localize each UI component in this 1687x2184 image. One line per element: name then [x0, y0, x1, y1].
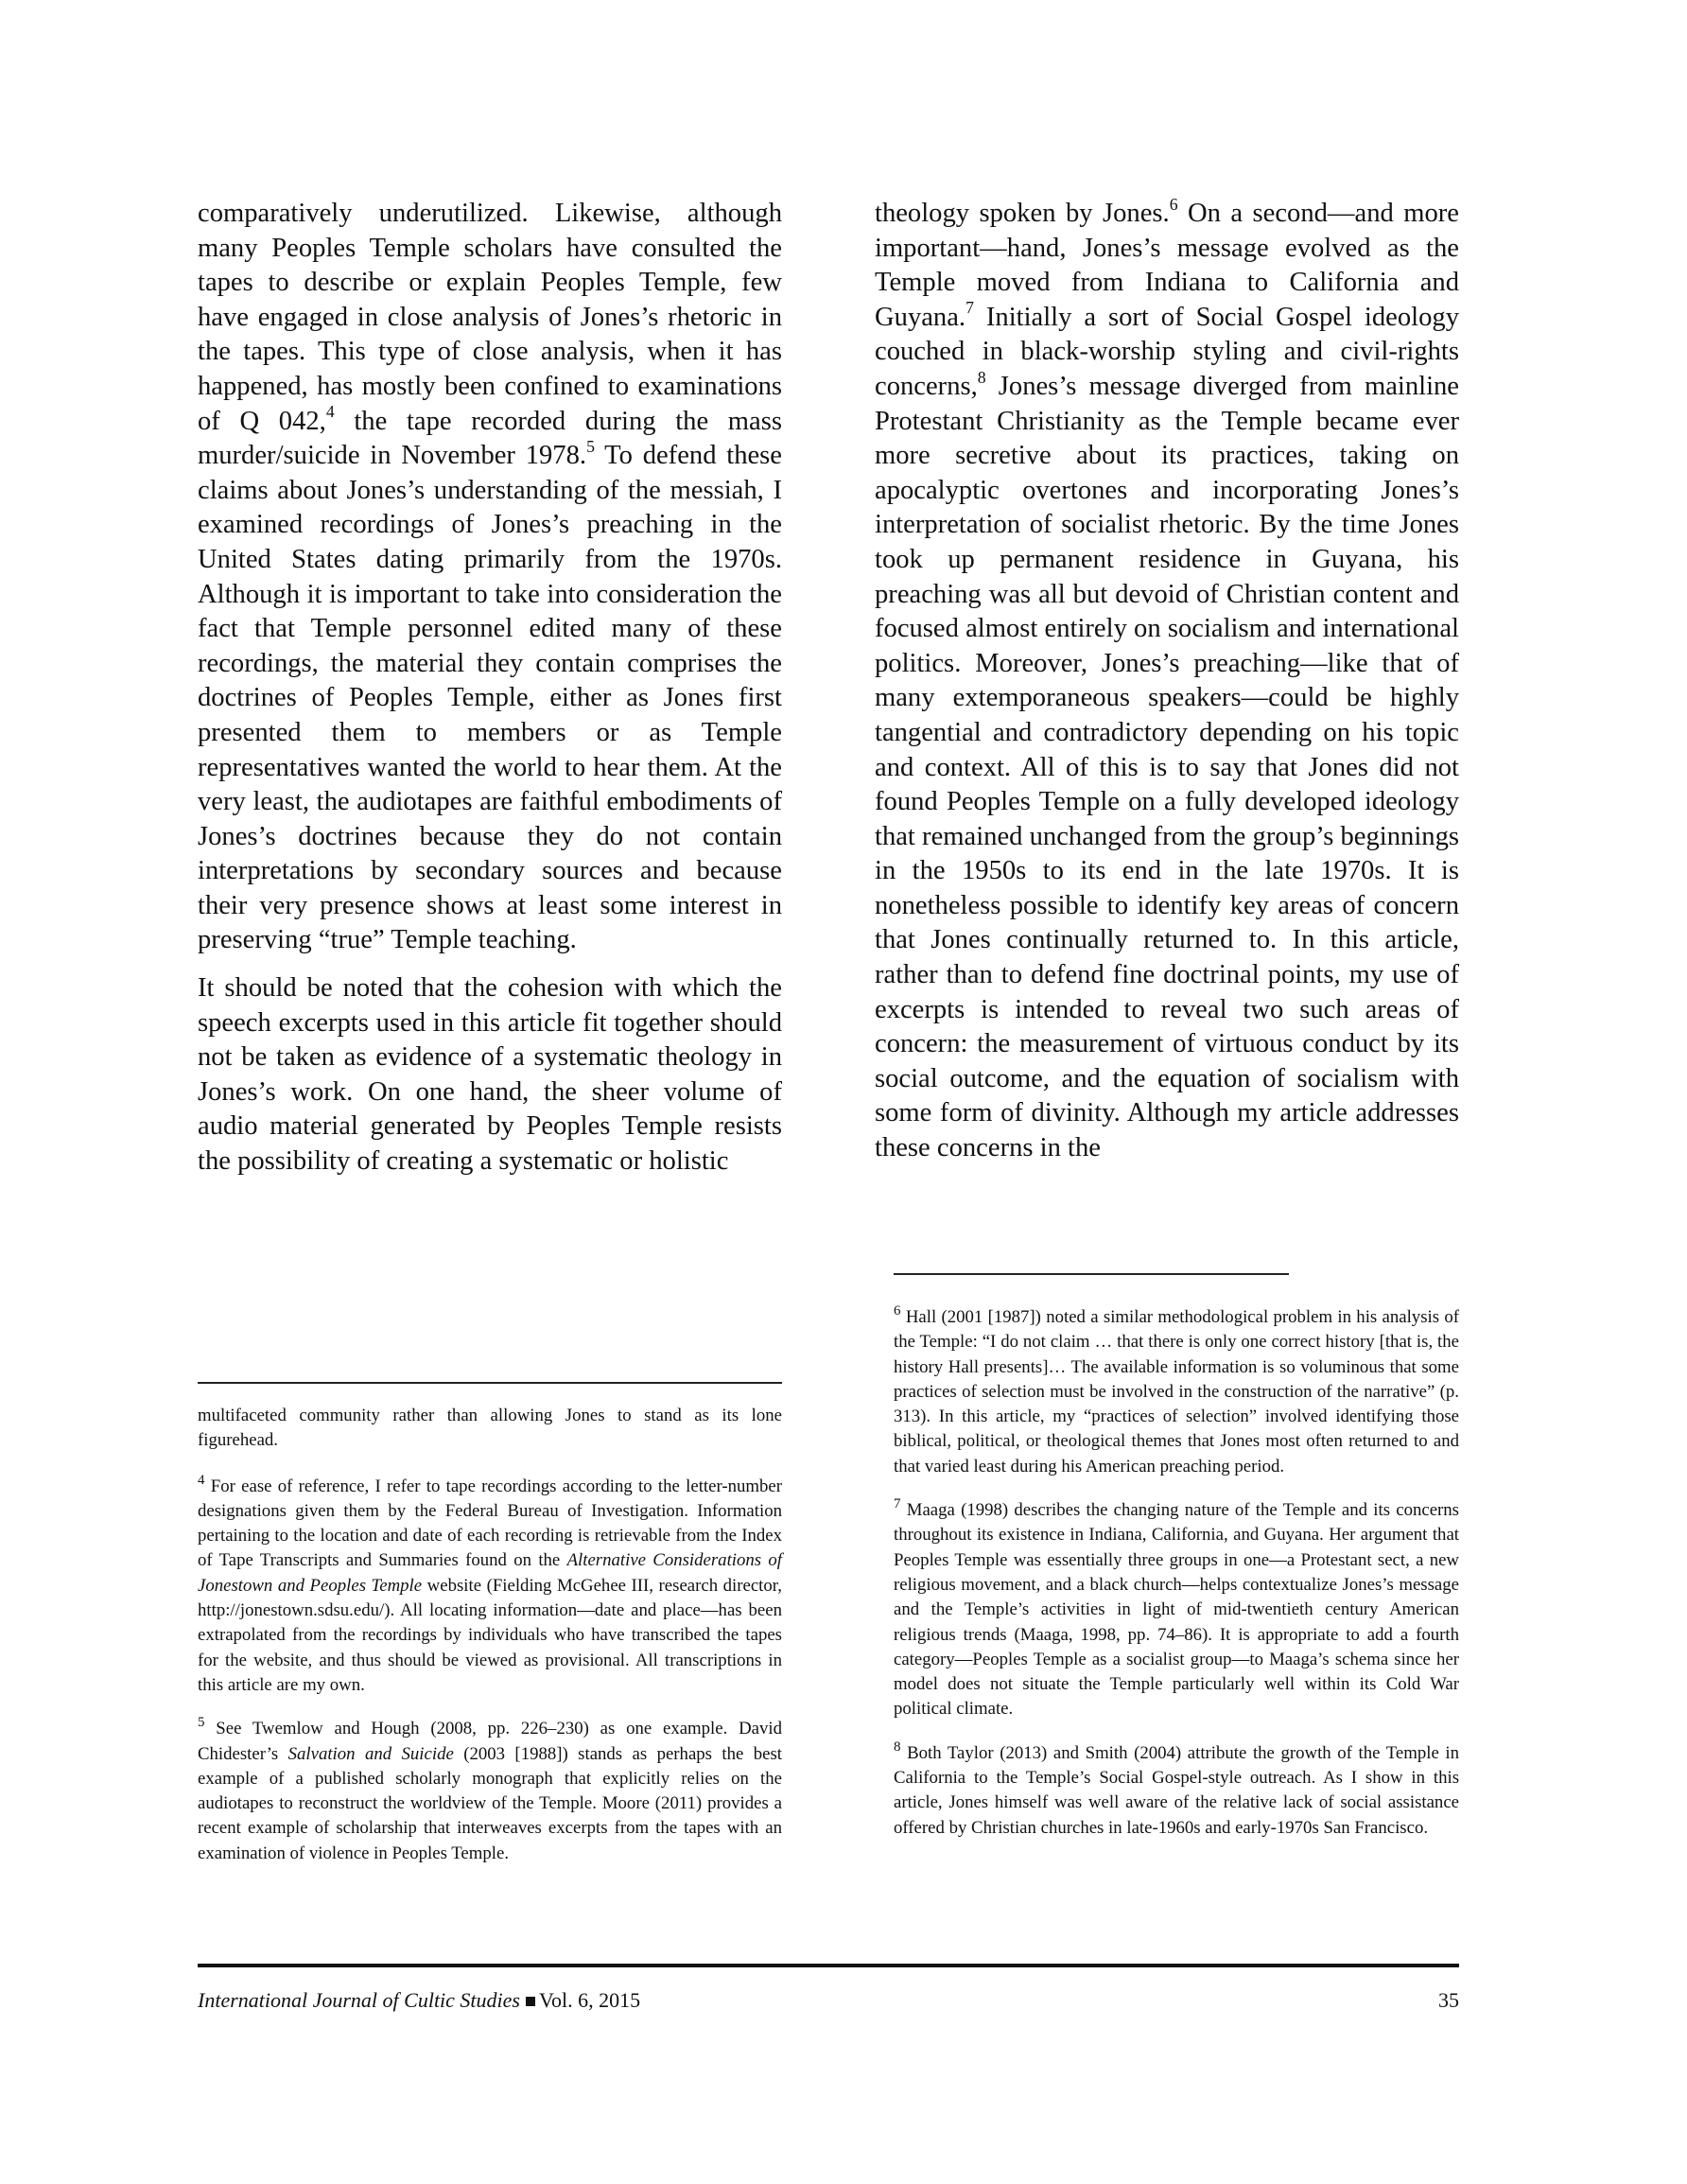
footnote-number: 4 — [198, 1473, 205, 1488]
footnote-number: 5 — [198, 1715, 205, 1730]
body-paragraph: It should be noted that the cohesion wit… — [198, 971, 782, 1179]
footnote-separator-left — [198, 1382, 782, 1384]
footnote-5: 5 See Twemlow and Hough (2008, pp. 226–2… — [198, 1717, 782, 1866]
footnote-ref-5[interactable]: 5 — [586, 437, 595, 456]
footnote-number: 6 — [894, 1303, 901, 1319]
page-footer: International Journal of Cultic StudiesV… — [198, 1986, 1459, 2015]
footnote-ref-7[interactable]: 7 — [965, 298, 974, 317]
footnote-ref-6[interactable]: 6 — [1170, 195, 1178, 214]
footnote-8: 8 Both Taylor (2013) and Smith (2004) at… — [894, 1741, 1459, 1841]
book-title: Salvation and Suicide — [288, 1744, 454, 1764]
footer-citation: International Journal of Cultic StudiesV… — [198, 1986, 640, 2015]
body-paragraph: theology spoken by Jones.6 On a second—a… — [875, 197, 1459, 1166]
footer-rule — [198, 1964, 1459, 1967]
volume-year: Vol. 6, 2015 — [539, 1988, 640, 2012]
footnote-6: 6 Hall (2001 [1987]) noted a similar met… — [894, 1305, 1459, 1479]
black-square-icon — [526, 1997, 535, 2006]
right-column: theology spoken by Jones.6 On a second—a… — [875, 197, 1459, 1179]
journal-title: International Journal of Cultic Studies — [198, 1988, 520, 2012]
footnote-4: 4 For ease of reference, I refer to tape… — [198, 1475, 782, 1699]
page-number: 35 — [1438, 1986, 1459, 2015]
footnote-continuation: multifaceted community rather than allow… — [198, 1404, 782, 1454]
footnotes-right: 6 Hall (2001 [1987]) noted a similar met… — [894, 1305, 1459, 1860]
footnote-number: 8 — [894, 1739, 901, 1755]
footnote-ref-8[interactable]: 8 — [978, 368, 986, 387]
footnote-ref-4[interactable]: 4 — [326, 402, 335, 421]
footnote-7: 7 Maaga (1998) describes the changing na… — [894, 1498, 1459, 1722]
footnote-separator-right — [894, 1273, 1289, 1275]
body-paragraph: comparatively underutilized. Likewise, a… — [198, 197, 782, 958]
left-column: comparatively underutilized. Likewise, a… — [198, 197, 782, 1193]
footnotes-left: multifaceted community rather than allow… — [198, 1404, 782, 1885]
footnote-number: 7 — [894, 1496, 901, 1511]
